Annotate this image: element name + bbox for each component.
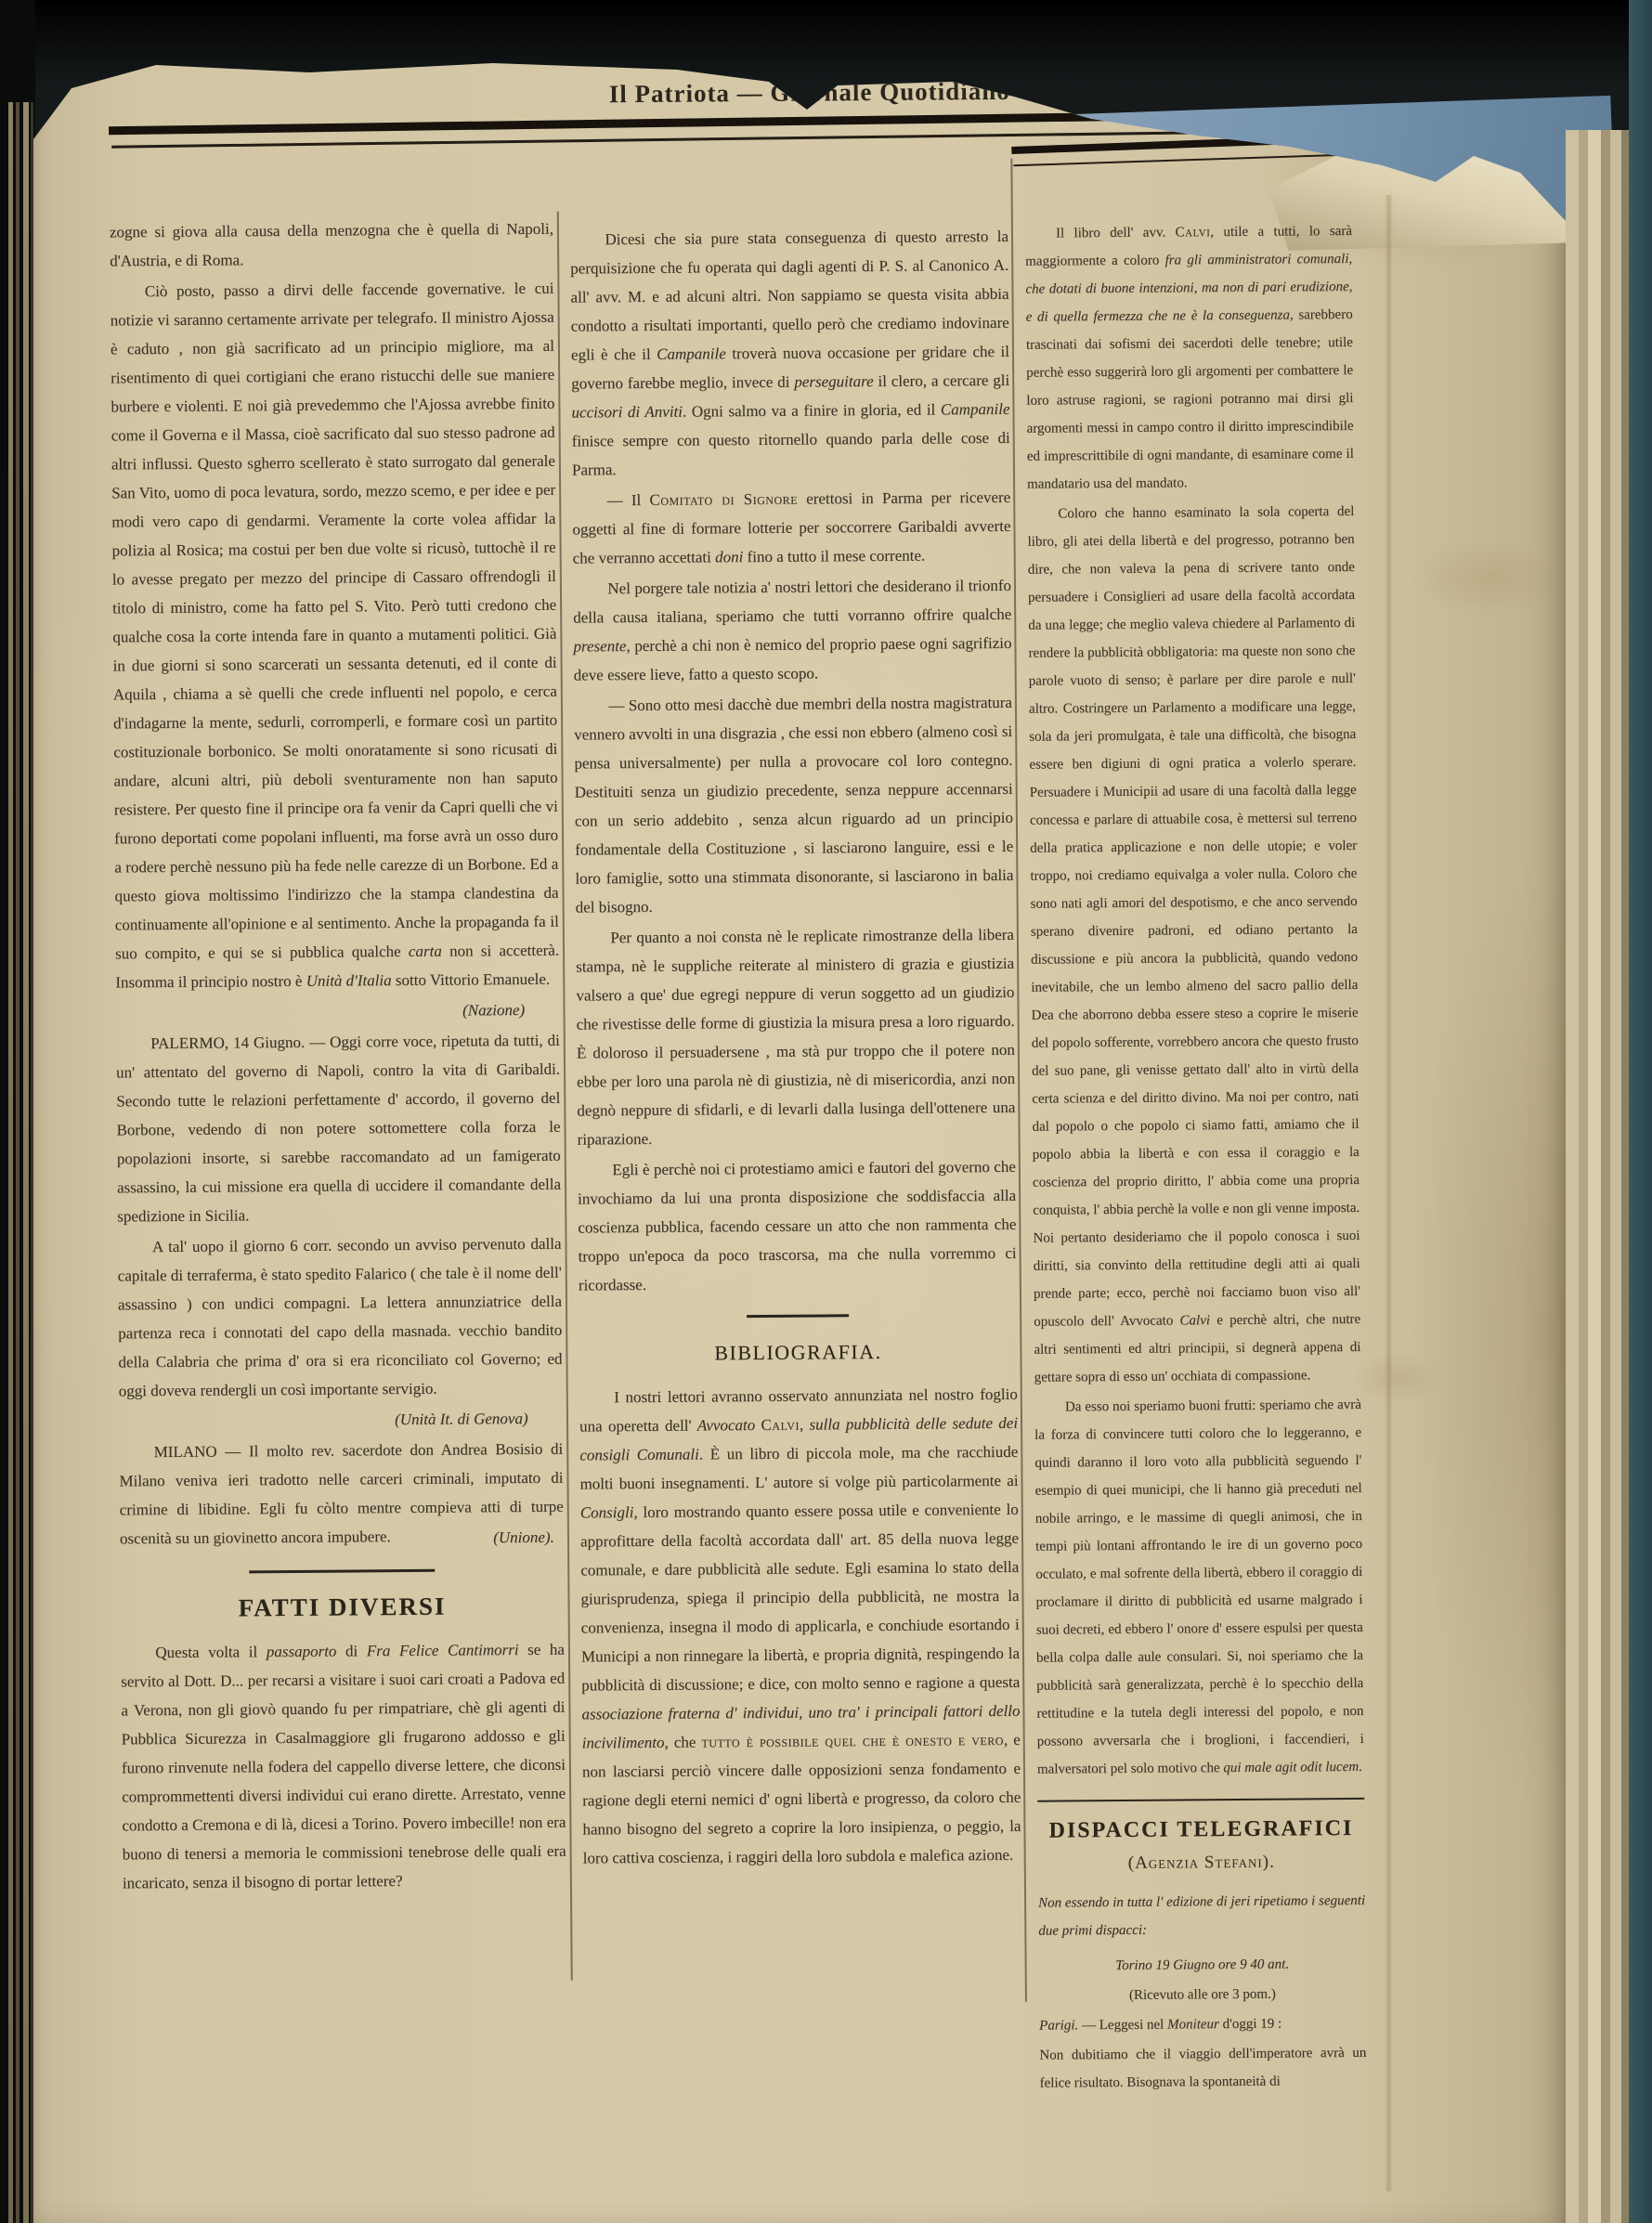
dispatch-dateline: Torino 19 Giugno ore 9 40 ant. xyxy=(1039,1950,1366,1981)
page-edges-stack xyxy=(1601,130,1610,2223)
section-heading-fatti-diversi: FATTI DIVERSI xyxy=(120,1592,564,1624)
emphasis-text: Avvocato xyxy=(697,1416,755,1434)
emphasis-text: qui male agit odit lucem xyxy=(1223,1760,1359,1775)
continued-paragraph: zogne si giova alla causa della menzogna… xyxy=(110,214,553,276)
section-heading-dispacci: DISPACCI TELEGRAFICI xyxy=(1037,1814,1364,1845)
page-edge-sliver xyxy=(23,102,29,2223)
page-edge-sliver xyxy=(16,102,20,2223)
paragraph: Ciò posto, passo a dirvi delle faccende … xyxy=(110,274,559,997)
paragraph: Dicesi che sia pure stata conseguenza di… xyxy=(570,222,1010,485)
column-3: Il libro dell' avv. Calvi, utile a tutti… xyxy=(1025,217,1367,2099)
emphasis-text: fra gli amministratori comunali, che dot… xyxy=(1025,252,1352,325)
emphasis-text: Unità d'Italia xyxy=(306,971,392,990)
paragraph: Per quanto a noi consta nè le replicate … xyxy=(576,920,1016,1154)
page-edges-stack xyxy=(1588,130,1601,2223)
dispatch-received: (Ricevuto alle ore 3 pom.) xyxy=(1039,1980,1366,2010)
emphasis-text: presente xyxy=(573,637,626,655)
emphasis-text: Campanile xyxy=(941,400,1010,419)
paragraph: Coloro che hanno esaminato la sola coper… xyxy=(1027,498,1361,1392)
dispatch-paragraph: Non dubitiamo che il viaggio dell'impera… xyxy=(1039,2039,1366,2098)
column-2: Dicesi che sia pure stata conseguenza di… xyxy=(570,222,1021,1875)
emphasis-text: Calvi xyxy=(1179,1313,1210,1328)
small-caps-text: Calvi xyxy=(761,1416,800,1434)
emphasis-text: perseguitare xyxy=(794,372,873,391)
section-heading-bibliografia: BIBLIOGRAFIA. xyxy=(579,1336,1017,1369)
paragraph: — Sono otto mesi dacchè due membri della… xyxy=(574,688,1014,922)
paragraph: Da esso noi speriamo buoni frutti: speri… xyxy=(1034,1391,1364,1784)
emphasis-text: uccisori di Anviti xyxy=(571,403,683,422)
attribution: (Unità It. di Genova) xyxy=(119,1404,563,1436)
page-edges-stack xyxy=(1566,130,1579,2223)
emphasis-text: Parigi. xyxy=(1039,2018,1078,2033)
emphasis-text: Fra Felice Cantimorri xyxy=(367,1641,519,1659)
masthead-rule-right-thin xyxy=(1013,154,1351,167)
paragraph: Egli è perchè noi ci protestiamo amici e… xyxy=(578,1152,1017,1300)
telegraph-note: Non essendo in tutta l' edizione di jeri… xyxy=(1038,1887,1365,1945)
paragraph: Il libro dell' avv. Calvi, utile a tutti… xyxy=(1025,217,1354,499)
page-edge-sliver xyxy=(31,102,33,2223)
attribution: (Nazione) xyxy=(115,995,559,1028)
book-cover-edge xyxy=(1629,0,1652,2223)
paragraph: PALERMO, 14 Giugno. — Oggi corre voce, r… xyxy=(116,1026,562,1231)
emphasis-text: sulla pubblicità delle sedute dei consig… xyxy=(579,1414,1018,1464)
page-edge-sliver xyxy=(8,102,13,2223)
newspaper-page: Il Patriota — Giornale Quotidiano zogne … xyxy=(33,0,1566,2223)
dispatch-paragraph: Parigi. — Leggesi nel Moniteur d'oggi 19… xyxy=(1039,2009,1366,2040)
section-subheading-agenzia: (Agenzia Stefani). xyxy=(1038,1848,1365,1878)
paragraph: Questa volta il passaporto di Fra Felice… xyxy=(121,1635,566,1898)
separator-rule xyxy=(747,1314,849,1318)
separator-rule xyxy=(1037,1798,1364,1802)
emphasis-text: doni xyxy=(715,548,743,565)
page-edges-stack xyxy=(1621,130,1629,2223)
page-content: Il Patriota — Giornale Quotidiano zogne … xyxy=(33,0,1583,2223)
paragraph: A tal' uopo il giorno 6 corr. secondo un… xyxy=(117,1229,562,1406)
emphasis-text: Consigli xyxy=(580,1503,634,1521)
paragraph: I nostri lettori avranno osservato annun… xyxy=(579,1380,1021,1873)
separator-rule xyxy=(249,1569,435,1574)
emphasis-text: passaporto xyxy=(267,1643,337,1661)
paragraph: Nel porgere tale notizia a' nostri letto… xyxy=(573,571,1012,690)
book-binding xyxy=(0,0,35,2223)
page-edges-stack xyxy=(1610,130,1621,2223)
emphasis-text: Moniteur xyxy=(1167,2017,1219,2032)
emphasis-text: Campanile xyxy=(657,344,726,363)
emphasis-text: carta xyxy=(409,942,442,960)
small-caps-text: Comitato di Signore xyxy=(649,490,798,509)
small-caps-text: Calvi xyxy=(1176,225,1211,240)
small-caps-text: tutto è possibile quel che è onesto e ve… xyxy=(701,1731,1004,1751)
page-edges-stack xyxy=(1579,130,1588,2223)
masthead-title: Il Patriota — Giornale Quotidiano xyxy=(406,75,1214,110)
paragraph: — Il Comitato di Signore erettosi in Par… xyxy=(572,483,1011,573)
column-1: zogne si giova alla causa della menzogna… xyxy=(110,214,566,1900)
